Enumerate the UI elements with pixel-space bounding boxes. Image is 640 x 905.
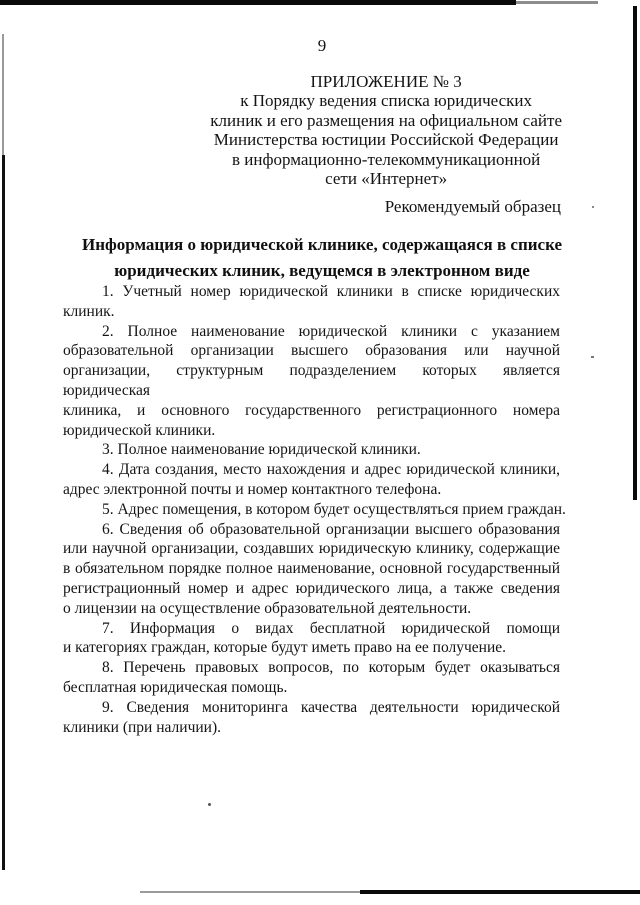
document-title-line2: юридических клиник, ведущемся в электрон… xyxy=(72,258,572,284)
appendix-line: в информационно-телекоммуникационной xyxy=(232,150,540,169)
appendix-line: клиник и его размещения на официальном с… xyxy=(210,111,562,130)
body-line: о лицензии на осуществление образователь… xyxy=(63,599,560,619)
body-line: и категориях граждан, которые будут имет… xyxy=(63,638,560,658)
body-line: 7. Информация о видах бесплатной юридиче… xyxy=(63,619,560,639)
body-line: 8. Перечень правовых вопросов, по которы… xyxy=(63,658,560,678)
scanned-document-page: 9 ПРИЛОЖЕНИЕ № 3к Порядку ведения списка… xyxy=(0,0,640,905)
body-line: организации, структурным подразделением … xyxy=(63,361,560,401)
body-line: 6. Сведения об образовательной организац… xyxy=(63,520,560,540)
scan-speck xyxy=(208,803,211,806)
body-line: 3. Полное наименование юридической клини… xyxy=(63,440,560,460)
body-line: юридической клиники. xyxy=(63,421,560,441)
appendix-block: ПРИЛОЖЕНИЕ № 3к Порядку ведения списка ю… xyxy=(210,72,562,188)
scan-edge-right xyxy=(633,6,637,500)
body-line: регистрационный номер и адрес юридическо… xyxy=(63,579,560,599)
document-title: Информация о юридической клинике, содерж… xyxy=(72,232,572,284)
body-line: клиники (при наличии). xyxy=(63,718,560,738)
appendix-line: к Порядку ведения списка юридических xyxy=(240,91,532,110)
appendix-line: ПРИЛОЖЕНИЕ № 3 xyxy=(311,72,462,91)
scan-speck xyxy=(592,206,594,208)
body-line: 5. Адрес помещения, в котором будет осущ… xyxy=(63,500,560,520)
scan-edge-bottom-gray xyxy=(140,891,362,893)
scan-speck xyxy=(591,356,594,358)
scan-edge-top-gray xyxy=(516,1,598,4)
body-line: клиника, и основного государственного ре… xyxy=(63,401,560,421)
body-line: адрес электронной почты и номер контактн… xyxy=(63,480,560,500)
appendix-line: Министерства юстиции Российской Федераци… xyxy=(214,130,559,149)
body-line: 1. Учетный номер юридической клиники в с… xyxy=(63,282,560,302)
document-title-line1: Информация о юридической клинике, содерж… xyxy=(72,232,572,258)
body-line: 9. Сведения мониторинга качества деятель… xyxy=(63,698,560,718)
body-line: в обязательном порядке полное наименован… xyxy=(63,559,560,579)
body-line: 4. Дата создания, место нахождения и адр… xyxy=(63,460,560,480)
sample-label: Рекомендуемый образец xyxy=(385,197,561,217)
body-line: образовательной организации высшего обра… xyxy=(63,341,560,361)
scan-edge-left-black xyxy=(2,155,5,870)
body-line: или научной организации, создавших юриди… xyxy=(63,539,560,559)
body-line: бесплатная юридическая помощь. xyxy=(63,678,560,698)
scan-edge-top-black xyxy=(0,0,516,5)
body-line: 2. Полное наименование юридической клини… xyxy=(63,322,560,342)
page-number: 9 xyxy=(0,36,640,56)
appendix-line: сети «Интернет» xyxy=(325,169,447,188)
scan-edge-bottom-black xyxy=(360,890,640,894)
body-text: 1. Учетный номер юридической клиники в с… xyxy=(63,282,560,737)
body-line: клиник. xyxy=(63,302,560,322)
